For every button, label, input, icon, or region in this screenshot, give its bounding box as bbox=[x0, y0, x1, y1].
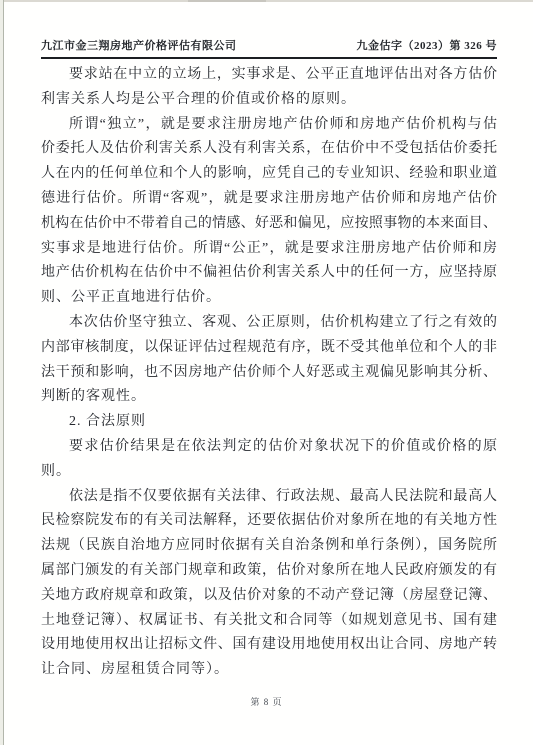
page-header: 九江市金三翔房地产价格评估有限公司 九金估字（2023）第 326 号 bbox=[41, 37, 497, 59]
text-line: 则、公平正直地进行估价。 bbox=[41, 286, 497, 311]
text-line: 法干预和影响，也不因房地产估价师个人好恶或主观偏见影响其分析、 bbox=[41, 361, 497, 386]
text-line: 土地登记簿）、权属证书、有关批文和合同等（如规划意见书、国有建 bbox=[41, 609, 497, 634]
header-doc-number: 九金估字（2023）第 326 号 bbox=[357, 37, 498, 53]
text-line: 德进行估价。所谓“客观”，就是要求注册房地产估价师和房地产估价 bbox=[41, 187, 497, 212]
text-line: 设用地使用权出让招标文件、国有建设用地使用权出让合同、房地产转 bbox=[41, 633, 497, 658]
text-line: 利害关系人均是公平合理的价值或价格的原则。 bbox=[41, 88, 497, 113]
paragraph: 要求估价结果是在依法判定的估价对象状况下的价值或价格的原则。 bbox=[41, 435, 497, 485]
paragraph: 依法是指不仅要依据有关法律、行政法规、最高人民法院和最高人民检察院发布的有关司法… bbox=[41, 485, 497, 683]
text-line: 法规（民族自治地方应同时依据有关自治条例和单行条例），国务院所 bbox=[41, 534, 497, 559]
text-line: 价委托人及估价利害关系人没有利害关系，在估价中不受包括估价委托 bbox=[41, 137, 497, 162]
text-line: 内部审核制度，以保证评估过程规范有序，既不受其他单位和个人的非 bbox=[41, 336, 497, 361]
paragraph: 2. 合法原则 bbox=[41, 410, 497, 435]
footer-page-number: 第 8 页 bbox=[0, 695, 533, 708]
scan-edge-top-shadow bbox=[188, 0, 266, 2]
text-line: 人在内的任何单位和个人的影响，应凭自己的专业知识、经验和职业道 bbox=[41, 162, 497, 187]
paragraph: 本次估价坚守独立、客观、公正原则，估价机构建立了行之有效的内部审核制度，以保证评… bbox=[41, 311, 497, 410]
paragraph: 要求站在中立的立场上，实事求是、公平正直地评估出对各方估价利害关系人均是公平合理… bbox=[41, 63, 497, 113]
text-line: 判断的客观性。 bbox=[41, 385, 497, 410]
document-page: 九江市金三翔房地产价格评估有限公司 九金估字（2023）第 326 号 要求站在… bbox=[0, 0, 533, 745]
text-line: 民检察院发布的有关司法解释，还要依据估价对象所在地的有关地方性 bbox=[41, 509, 497, 534]
scan-edge-left-line bbox=[3, 0, 4, 745]
text-line: 地产估价机构在估价中不偏袒估价利害关系人中的任何一方，应坚持原 bbox=[41, 261, 497, 286]
header-company-name: 九江市金三翔房地产价格评估有限公司 bbox=[41, 37, 237, 53]
text-line: 2. 合法原则 bbox=[41, 410, 497, 435]
text-line: 要求站在中立的立场上，实事求是、公平正直地评估出对各方估价 bbox=[41, 63, 497, 88]
text-line: 依法是指不仅要依据有关法律、行政法规、最高人民法院和最高人 bbox=[41, 485, 497, 510]
text-line: 则。 bbox=[41, 460, 497, 485]
text-line: 本次估价坚守独立、客观、公正原则，估价机构建立了行之有效的 bbox=[41, 311, 497, 336]
document-body: 要求站在中立的立场上，实事求是、公平正直地评估出对各方估价利害关系人均是公平合理… bbox=[41, 63, 497, 683]
text-line: 要求估价结果是在依法判定的估价对象状况下的价值或价格的原 bbox=[41, 435, 497, 460]
text-line: 机构在估价中不带着自己的情感、好恶和偏见，应按照事物的本来面目、 bbox=[41, 212, 497, 237]
text-line: 属部门颁发的有关部门规章和政策，估价对象所在地人民政府颁发的有 bbox=[41, 559, 497, 584]
scan-edge-top bbox=[0, 0, 533, 2]
text-line: 关地方政府规章和政策，以及估价对象的不动产登记簿（房屋登记簿、 bbox=[41, 584, 497, 609]
text-line: 让合同、房屋租赁合同等）。 bbox=[41, 658, 497, 683]
paragraph: 所谓“独立”，就是要求注册房地产估价师和房地产估价机构与估价委托人及估价利害关系… bbox=[41, 113, 497, 311]
text-line: 实事求是地进行估价。所谓“公正”，就是要求注册房地产估价师和房 bbox=[41, 237, 497, 262]
text-line: 所谓“独立”，就是要求注册房地产估价师和房地产估价机构与估 bbox=[41, 113, 497, 138]
